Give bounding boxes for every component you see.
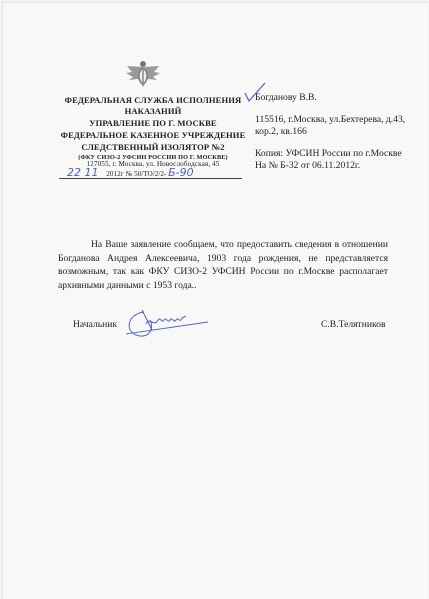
header-department: УПРАВЛЕНИЕ ПО Г. МОСКВЕ bbox=[58, 117, 248, 129]
reference-line: 22 11 2012г № 50/ТО/2/2- Б-90 bbox=[59, 166, 242, 179]
body-paragraph: На Ваше заявление сообщаем, что предоста… bbox=[58, 238, 388, 292]
recipient-address-2: кор.2, кв.166 bbox=[255, 126, 307, 138]
letter-body: На Ваше заявление сообщаем, что предоста… bbox=[58, 238, 388, 292]
header-institution-type: ФЕДЕРАЛЬНОЕ КАЗЕННОЕ УЧРЕЖДЕНИЕ bbox=[58, 129, 248, 141]
recipient-name: Богданову В.В. bbox=[255, 92, 317, 104]
recipient-address-1: 115516, г.Москва, ул.Бехтерева, д.43, bbox=[255, 114, 405, 126]
signature-icon bbox=[116, 306, 216, 340]
in-reply-to: На № Б-32 от 06.11.2012г. bbox=[255, 160, 360, 172]
reference-number: 2012г № 50/ТО/2/2- bbox=[106, 170, 166, 178]
handwritten-date: 22 11 bbox=[67, 166, 99, 179]
eagle-emblem-icon bbox=[124, 60, 162, 90]
letter-page: ФЕДЕРАЛЬНАЯ СЛУЖБА ИСПОЛНЕНИЯ НАКАЗАНИЙ … bbox=[2, 2, 428, 599]
signatory-role: Начальник bbox=[73, 319, 117, 330]
handwritten-number: Б-90 bbox=[168, 166, 194, 179]
header-institution-name: СЛЕДСТВЕННЫЙ ИЗОЛЯТОР №2 bbox=[58, 141, 248, 153]
copy-to: Копия: УФСИН России по г.Москве bbox=[255, 148, 402, 160]
signatory-name: С.В.Телятников bbox=[321, 319, 386, 330]
header-agency-cont: НАКАЗАНИЙ bbox=[58, 105, 248, 117]
